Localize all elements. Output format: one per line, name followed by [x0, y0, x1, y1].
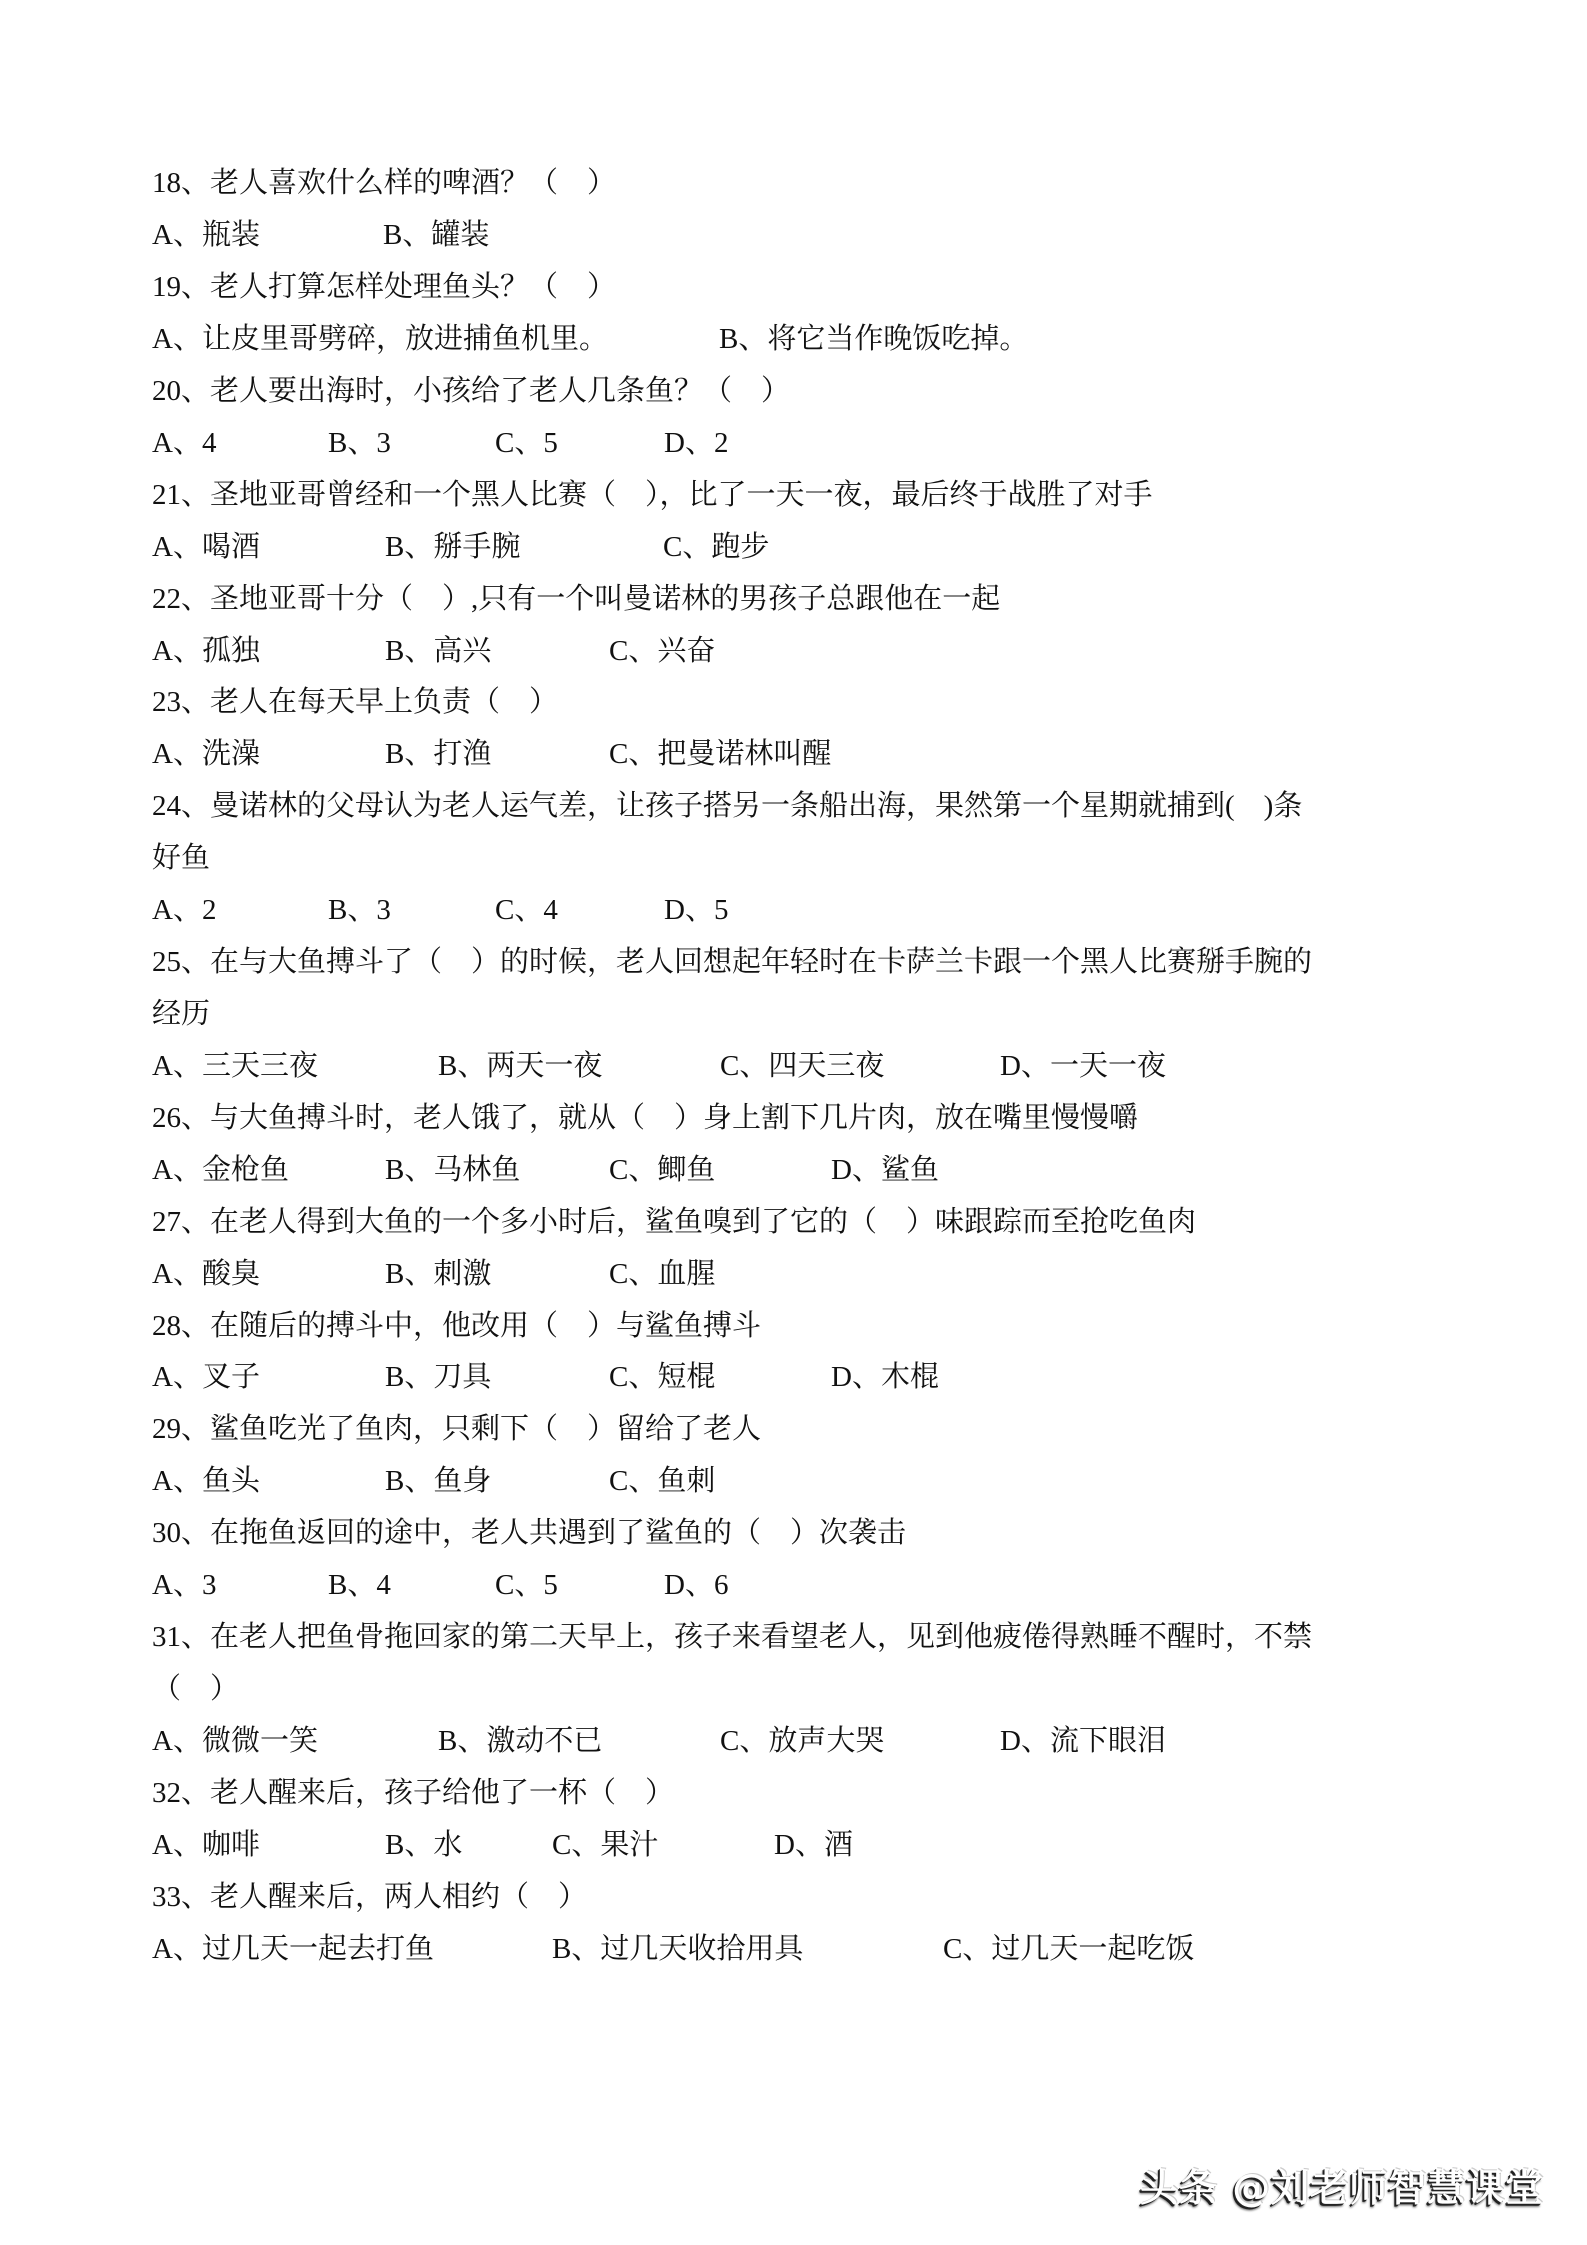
- question-text: 32、老人醒来后，孩子给他了一杯（ ）: [152, 1767, 674, 1819]
- option-b: B、3: [328, 417, 391, 469]
- question-23: 23、老人在每天早上负责（ ）: [0, 676, 1587, 728]
- question-text: 19、老人打算怎样处理鱼头？（ ）: [152, 261, 616, 313]
- question-19-options: A、让皮里哥劈碎，放进捕鱼机里。 B、将它当作晚饭吃掉。: [0, 313, 1587, 365]
- question-21: 21、圣地亚哥曾经和一个黑人比赛（ ），比了一天一夜，最后终于战胜了对手: [0, 469, 1587, 521]
- question-25-options: A、三天三夜 B、两天一夜 C、四天三夜 D、一天一夜: [0, 1040, 1587, 1092]
- watermark: 头条 @刘老师智慧课堂: [1140, 2163, 1544, 2213]
- option-a: A、孤独: [152, 625, 260, 677]
- question-text: 27、在老人得到大鱼的一个多小时后，鲨鱼嗅到了它的（ ）味跟踪而至抢吃鱼肉: [152, 1196, 1196, 1248]
- question-29-options: A、鱼头 B、鱼身 C、鱼刺: [0, 1455, 1587, 1507]
- option-a: A、三天三夜: [152, 1040, 318, 1092]
- option-c: C、血腥: [609, 1248, 715, 1300]
- question-26-options: A、金枪鱼 B、马林鱼 C、鲫鱼 D、鲨鱼: [0, 1144, 1587, 1196]
- question-text: 26、与大鱼搏斗时，老人饿了，就从（ ）身上割下几片肉，放在嘴里慢慢嚼: [152, 1092, 1138, 1144]
- question-text: 28、在随后的搏斗中，他改用（ ）与鲨鱼搏斗: [152, 1300, 761, 1352]
- option-a: A、4: [152, 417, 216, 469]
- option-b: B、罐装: [383, 209, 489, 261]
- question-18-options: A、瓶装 B、罐装: [0, 209, 1587, 261]
- option-a: A、微微一笑: [152, 1715, 318, 1767]
- question-25: 25、在与大鱼搏斗了（ ）的时候，老人回想起年轻时在卡萨兰卡跟一个黑人比赛掰手腕…: [0, 936, 1587, 988]
- question-21-options: A、喝酒 B、掰手腕 C、跑步: [0, 521, 1587, 573]
- question-20: 20、老人要出海时，小孩给了老人几条鱼？（ ）: [0, 365, 1587, 417]
- question-text: 21、圣地亚哥曾经和一个黑人比赛（ ），比了一天一夜，最后终于战胜了对手: [152, 469, 1153, 521]
- question-text: 25、在与大鱼搏斗了（ ）的时候，老人回想起年轻时在卡萨兰卡跟一个黑人比赛掰手腕…: [152, 936, 1312, 988]
- question-22-options: A、孤独 B、高兴 C、兴奋: [0, 625, 1587, 677]
- option-d: D、2: [664, 417, 728, 469]
- question-text-continued: （ ）: [152, 1663, 239, 1715]
- option-c: C、过几天一起吃饭: [943, 1923, 1194, 1975]
- option-d: D、鲨鱼: [831, 1144, 939, 1196]
- option-a: A、3: [152, 1559, 216, 1611]
- question-31-continued: （ ）: [0, 1663, 1587, 1715]
- option-c: C、果汁: [552, 1819, 658, 1871]
- option-d: D、木棍: [831, 1351, 939, 1403]
- option-b: B、马林鱼: [385, 1144, 520, 1196]
- option-a: A、金枪鱼: [152, 1144, 289, 1196]
- option-b: B、激动不已: [438, 1715, 602, 1767]
- option-d: D、流下眼泪: [1000, 1715, 1166, 1767]
- question-27: 27、在老人得到大鱼的一个多小时后，鲨鱼嗅到了它的（ ）味跟踪而至抢吃鱼肉: [0, 1196, 1587, 1248]
- question-33-options: A、过几天一起去打鱼 B、过几天收拾用具 C、过几天一起吃饭: [0, 1923, 1587, 1975]
- question-text: 23、老人在每天早上负责（ ）: [152, 676, 558, 728]
- question-text: 18、老人喜欢什么样的啤酒？（ ）: [152, 157, 616, 209]
- question-text-continued: 经历: [152, 988, 210, 1040]
- option-a: A、喝酒: [152, 521, 260, 573]
- question-text: 22、圣地亚哥十分（ ）,只有一个叫曼诺林的男孩子总跟他在一起: [152, 573, 1000, 625]
- question-23-options: A、洗澡 B、打渔 C、把曼诺林叫醒: [0, 728, 1587, 780]
- question-24-options: A、2 B、3 C、4 D、5: [0, 884, 1587, 936]
- option-c: C、兴奋: [609, 625, 715, 677]
- option-c: C、4: [495, 884, 558, 936]
- option-a: A、叉子: [152, 1351, 260, 1403]
- question-32: 32、老人醒来后，孩子给他了一杯（ ）: [0, 1767, 1587, 1819]
- question-24-continued: 好鱼: [0, 832, 1587, 884]
- question-28-options: A、叉子 B、刀具 C、短棍 D、木棍: [0, 1351, 1587, 1403]
- question-text: 33、老人醒来后，两人相约（ ）: [152, 1871, 587, 1923]
- question-31-options: A、微微一笑 B、激动不已 C、放声大哭 D、流下眼泪: [0, 1715, 1587, 1767]
- question-20-options: A、4 B、3 C、5 D、2: [0, 417, 1587, 469]
- option-a: A、洗澡: [152, 728, 260, 780]
- question-30-options: A、3 B、4 C、5 D、6: [0, 1559, 1587, 1611]
- option-d: D、6: [664, 1559, 728, 1611]
- option-b: B、刺激: [385, 1248, 491, 1300]
- question-30: 30、在拖鱼返回的途中，老人共遇到了鲨鱼的（ ）次袭击: [0, 1507, 1587, 1559]
- option-b: B、过几天收拾用具: [552, 1923, 803, 1975]
- option-b: B、3: [328, 884, 391, 936]
- question-19: 19、老人打算怎样处理鱼头？（ ）: [0, 261, 1587, 313]
- option-d: D、5: [664, 884, 728, 936]
- question-26: 26、与大鱼搏斗时，老人饿了，就从（ ）身上割下几片肉，放在嘴里慢慢嚼: [0, 1092, 1587, 1144]
- question-text: 29、鲨鱼吃光了鱼肉，只剩下（ ）留给了老人: [152, 1403, 761, 1455]
- option-c: C、把曼诺林叫醒: [609, 728, 831, 780]
- option-b: B、两天一夜: [438, 1040, 602, 1092]
- question-31: 31、在老人把鱼骨拖回家的第二天早上，孩子来看望老人，见到他疲倦得熟睡不醒时，不…: [0, 1611, 1587, 1663]
- question-18: 18、老人喜欢什么样的啤酒？（ ）: [0, 157, 1587, 209]
- option-d: D、一天一夜: [1000, 1040, 1166, 1092]
- option-b: B、打渔: [385, 728, 491, 780]
- question-25-continued: 经历: [0, 988, 1587, 1040]
- question-22: 22、圣地亚哥十分（ ）,只有一个叫曼诺林的男孩子总跟他在一起: [0, 573, 1587, 625]
- option-b: B、水: [385, 1819, 462, 1871]
- option-b: B、4: [328, 1559, 391, 1611]
- option-a: A、2: [152, 884, 216, 936]
- option-c: C、四天三夜: [720, 1040, 884, 1092]
- worksheet-page: 18、老人喜欢什么样的啤酒？（ ） A、瓶装 B、罐装 19、老人打算怎样处理鱼…: [0, 0, 1587, 2245]
- option-c: C、鱼刺: [609, 1455, 715, 1507]
- option-b: B、掰手腕: [385, 521, 520, 573]
- option-b: B、将它当作晚饭吃掉。: [719, 313, 1028, 365]
- question-28: 28、在随后的搏斗中，他改用（ ）与鲨鱼搏斗: [0, 1300, 1587, 1352]
- question-33: 33、老人醒来后，两人相约（ ）: [0, 1871, 1587, 1923]
- option-c: C、5: [495, 417, 558, 469]
- option-b: B、刀具: [385, 1351, 491, 1403]
- option-c: C、5: [495, 1559, 558, 1611]
- option-a: A、咖啡: [152, 1819, 260, 1871]
- option-c: C、跑步: [663, 521, 769, 573]
- option-b: B、鱼身: [385, 1455, 491, 1507]
- option-a: A、酸臭: [152, 1248, 260, 1300]
- option-a: A、让皮里哥劈碎，放进捕鱼机里。: [152, 313, 608, 365]
- question-text-continued: 好鱼: [152, 832, 210, 884]
- option-a: A、过几天一起去打鱼: [152, 1923, 434, 1975]
- option-c: C、放声大哭: [720, 1715, 884, 1767]
- question-27-options: A、酸臭 B、刺激 C、血腥: [0, 1248, 1587, 1300]
- question-text: 30、在拖鱼返回的途中，老人共遇到了鲨鱼的（ ）次袭击: [152, 1507, 906, 1559]
- option-a: A、瓶装: [152, 209, 260, 261]
- option-c: C、鲫鱼: [609, 1144, 715, 1196]
- option-d: D、酒: [774, 1819, 853, 1871]
- question-text: 24、曼诺林的父母认为老人运气差，让孩子搭另一条船出海，果然第一个星期就捕到( …: [152, 780, 1302, 832]
- option-c: C、短棍: [609, 1351, 715, 1403]
- question-text: 31、在老人把鱼骨拖回家的第二天早上，孩子来看望老人，见到他疲倦得熟睡不醒时，不…: [152, 1611, 1312, 1663]
- question-29: 29、鲨鱼吃光了鱼肉，只剩下（ ）留给了老人: [0, 1403, 1587, 1455]
- option-a: A、鱼头: [152, 1455, 260, 1507]
- question-32-options: A、咖啡 B、水 C、果汁 D、酒: [0, 1819, 1587, 1871]
- question-text: 20、老人要出海时，小孩给了老人几条鱼？（ ）: [152, 365, 790, 417]
- question-24: 24、曼诺林的父母认为老人运气差，让孩子搭另一条船出海，果然第一个星期就捕到( …: [0, 780, 1587, 832]
- option-b: B、高兴: [385, 625, 491, 677]
